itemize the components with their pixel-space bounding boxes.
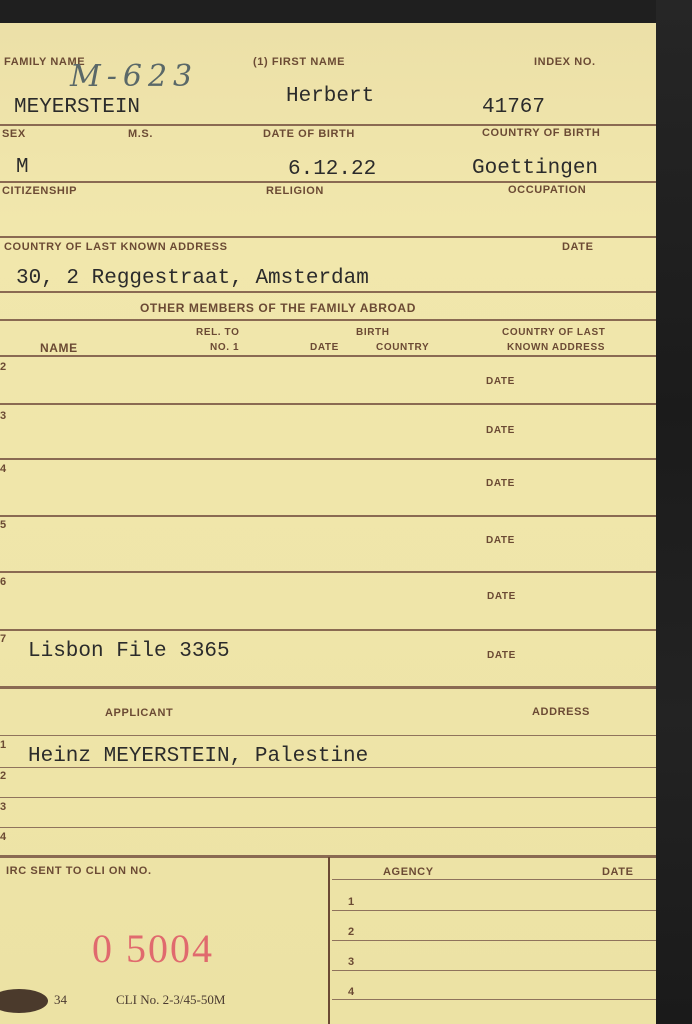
irc-label: IRC SENT TO CLI ON NO. — [6, 865, 152, 877]
country-of-birth-value: Goettingen — [472, 157, 598, 180]
occupation-label: OCCUPATION — [508, 184, 586, 196]
country-last-address-header-2: KNOWN ADDRESS — [507, 342, 605, 353]
handwritten-file-number: M-623 — [70, 59, 198, 94]
agency-row-number: 1 — [348, 896, 354, 908]
row-number: 7 — [0, 633, 6, 645]
divider — [332, 879, 656, 880]
row-number: 4 — [0, 831, 6, 843]
divider — [0, 291, 656, 293]
agency-row-number: 3 — [348, 956, 354, 968]
applicant-label: APPLICANT — [105, 707, 173, 719]
rel-to-label-1: REL. TO — [196, 327, 239, 338]
divider — [0, 767, 656, 768]
applicant-value: Heinz MEYERSTEIN, Palestine — [28, 745, 368, 768]
marital-status-label: M.S. — [128, 128, 153, 140]
row-number: 1 — [0, 739, 6, 751]
agency-label: AGENCY — [383, 866, 434, 878]
irc-stamp-number: 0 5004 — [92, 925, 214, 972]
agency-row-number: 4 — [348, 986, 354, 998]
religion-label: RELIGION — [266, 185, 324, 197]
divider — [332, 940, 656, 941]
row-date-label: DATE — [486, 478, 515, 489]
divider — [0, 403, 656, 405]
vertical-divider — [328, 857, 330, 1024]
family-name-value: MEYERSTEIN — [14, 96, 140, 119]
divider — [0, 355, 656, 357]
name-column-header: NAME — [40, 341, 78, 355]
last-address-value: 30, 2 Reggestraat, Amsterdam — [16, 267, 369, 290]
row-number: 2 — [0, 770, 6, 782]
divider — [0, 181, 656, 183]
form-code: CLI No. 2-3/45-50M — [116, 992, 225, 1008]
index-no-label: INDEX NO. — [534, 56, 596, 68]
divider — [0, 319, 656, 321]
citizenship-label: CITIZENSHIP — [2, 185, 77, 197]
rel-to-label-2: NO. 1 — [210, 342, 239, 353]
background — [656, 0, 692, 1024]
divider — [332, 970, 656, 971]
row-number: 6 — [0, 576, 6, 588]
sex-label: SEX — [2, 128, 26, 140]
birth-country-column-header: COUNTRY — [376, 342, 429, 353]
seal-icon — [0, 989, 48, 1013]
divider — [0, 735, 656, 736]
index-no-value: 41767 — [482, 96, 545, 119]
country-last-address-header-1: COUNTRY OF LAST — [502, 327, 605, 338]
divider — [332, 910, 656, 911]
divider — [0, 236, 656, 238]
row-number: 3 — [0, 410, 6, 422]
form-number: 34 — [54, 992, 67, 1008]
row-date-label: DATE — [487, 650, 516, 661]
country-of-birth-label: COUNTRY OF BIRTH — [482, 127, 600, 139]
row-date-label: DATE — [486, 376, 515, 387]
agency-row-number: 2 — [348, 926, 354, 938]
address-label: ADDRESS — [532, 706, 590, 718]
row-date-label: DATE — [486, 425, 515, 436]
row-number: 5 — [0, 519, 6, 531]
divider — [0, 629, 656, 631]
row-number: 4 — [0, 463, 6, 475]
agency-date-label: DATE — [602, 866, 634, 878]
first-name-label: (1) FIRST NAME — [253, 56, 345, 68]
family-abroad-title: OTHER MEMBERS OF THE FAMILY ABROAD — [140, 301, 416, 315]
birth-column-header: BIRTH — [356, 327, 390, 338]
date-of-birth-value: 6.12.22 — [288, 158, 376, 181]
sex-value: M — [16, 156, 29, 179]
date-of-birth-label: DATE OF BIRTH — [263, 128, 355, 140]
row-number: 3 — [0, 801, 6, 813]
last-address-label: COUNTRY OF LAST KNOWN ADDRESS — [4, 241, 228, 253]
last-address-date-label: DATE — [562, 241, 594, 253]
divider — [0, 797, 656, 798]
row-date-label: DATE — [486, 535, 515, 546]
first-name-value: Herbert — [286, 85, 374, 108]
divider — [0, 827, 656, 828]
birth-date-column-header: DATE — [310, 342, 339, 353]
divider — [0, 458, 656, 460]
family-row-text: Lisbon File 3365 — [28, 640, 230, 663]
divider — [0, 571, 656, 573]
divider — [0, 515, 656, 517]
index-card: FAMILY NAME M-623 (1) FIRST NAME INDEX N… — [0, 23, 656, 1024]
divider — [0, 124, 656, 126]
divider — [332, 999, 656, 1000]
row-date-label: DATE — [487, 591, 516, 602]
divider — [0, 686, 656, 689]
row-number: 2 — [0, 361, 6, 373]
